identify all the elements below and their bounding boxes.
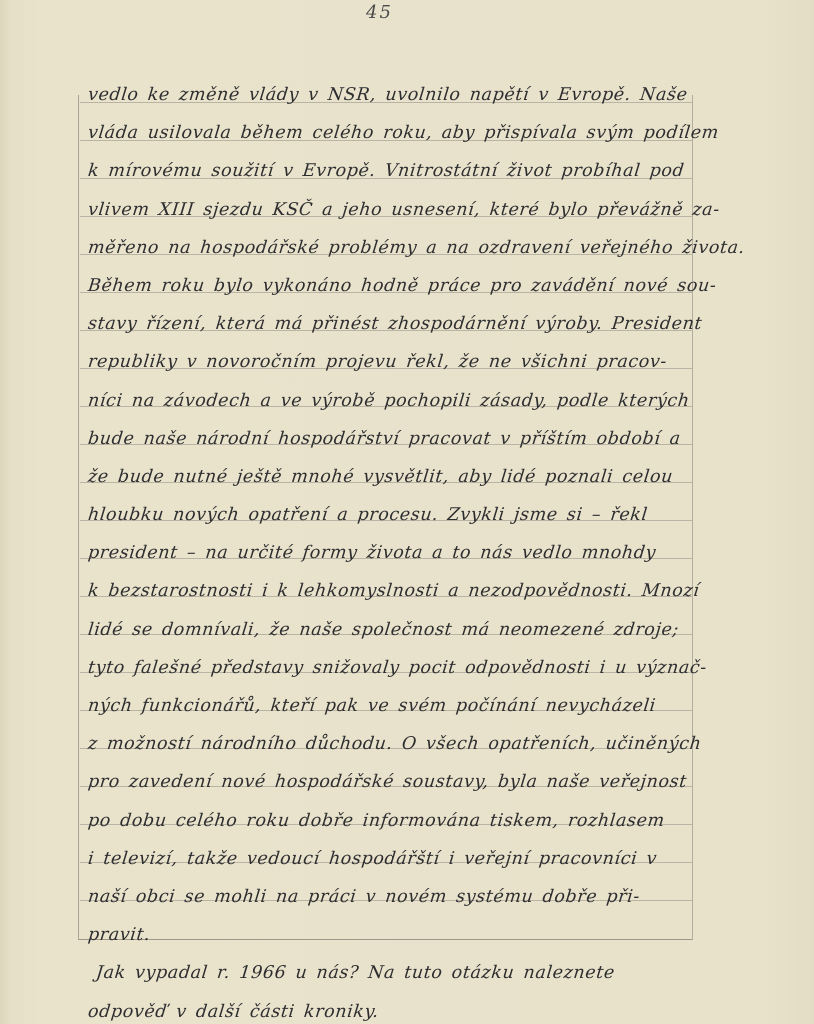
text-line: z možností národního důchodu. O všech op… [86,725,710,763]
text-line: vláda usilovala během celého roku, aby p… [86,114,710,152]
text-line: vedlo ke změně vlády v NSR, uvolnilo nap… [86,76,710,114]
text-line: pro zavedení nové hospodářské soustavy, … [86,763,710,801]
text-line: měřeno na hospodářské problémy a na ozdr… [86,229,710,267]
text-line: pravit. [86,916,710,954]
text-line: ných funkcionářů, kteří pak ve svém počí… [86,687,710,725]
text-line: i televizí, takže vedoucí hospodářští i … [86,840,710,878]
text-line: tyto falešné představy snižovaly pocit o… [86,649,710,687]
text-line: bude naše národní hospodářství pracovat … [86,420,710,458]
text-line: vlivem XIII sjezdu KSČ a jeho usnesení, … [86,191,710,229]
text-line: Během roku bylo vykonáno hodně práce pro… [86,267,710,305]
text-line: lidé se domnívali, že naše společnost má… [86,611,710,649]
text-line: Jak vypadal r. 1966 u nás? Na tuto otázk… [86,954,710,992]
text-line: stavy řízení, která má přinést zhospodár… [86,305,710,343]
text-line: po dobu celého roku dobře informována ti… [86,802,710,840]
text-line: odpověď v další části kroniky. [86,993,710,1024]
text-line: k bezstarostnosti i k lehkomyslnosti a n… [86,572,710,610]
text-line: naší obci se mohli na práci v novém syst… [86,878,710,916]
text-line: president – na určité formy života a to … [86,534,710,572]
page-number: 45 [366,2,393,23]
text-line: hloubku nových opatření a procesu. Zvykl… [86,496,710,534]
text-line: k mírovému soužití v Evropě. Vnitrostátn… [86,152,710,190]
text-line: republiky v novoročním projevu řekl, že … [86,343,710,381]
text-line: že bude nutné ještě mnohé vysvětlit, aby… [86,458,710,496]
handwritten-text: vedlo ke změně vlády v NSR, uvolnilo nap… [86,76,706,1024]
text-line: níci na závodech a ve výrobě pochopili z… [86,382,710,420]
